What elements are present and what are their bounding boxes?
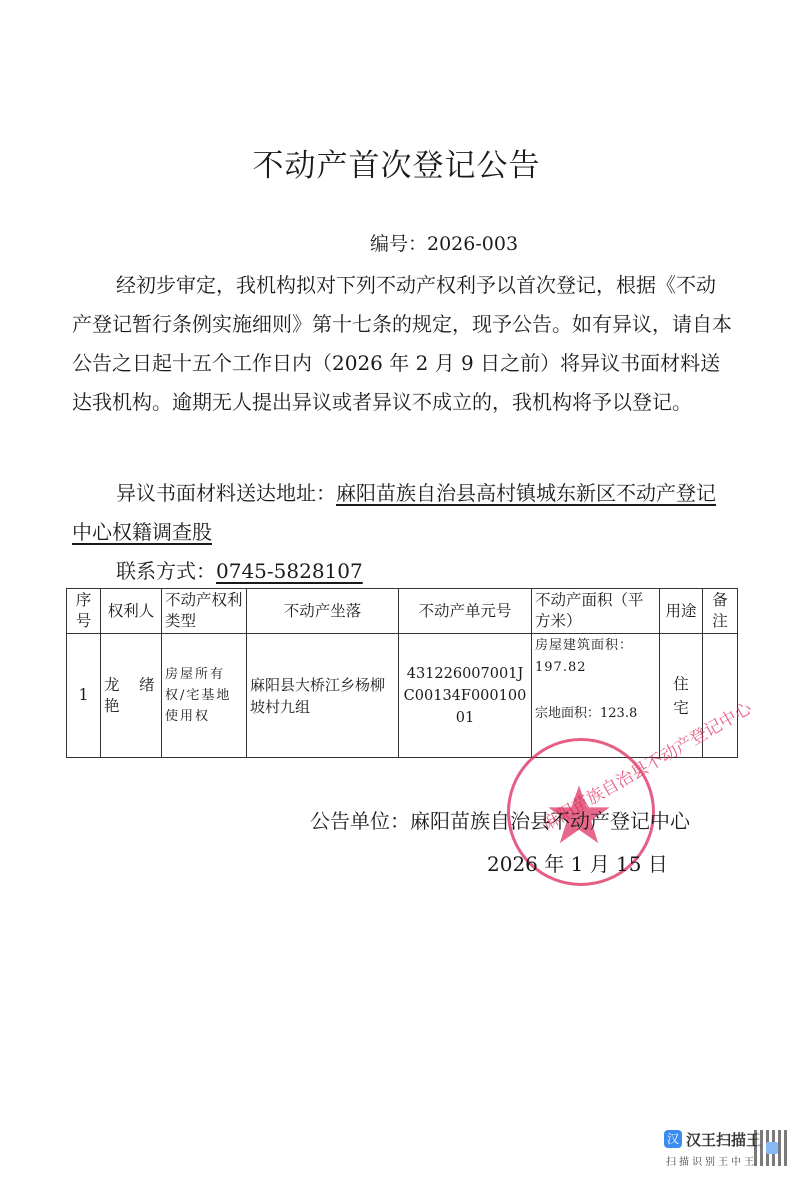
cell-seq: 1 [67, 634, 101, 758]
property-table: 序号 权利人 不动产权利类型 不动产坐落 不动产单元号 不动产面积（平方米） 用… [66, 588, 738, 758]
table-header-row: 序号 权利人 不动产权利类型 不动产坐落 不动产单元号 不动产面积（平方米） 用… [67, 589, 738, 634]
contact-value: 0745-5828107 [216, 559, 363, 583]
contact-paragraph: 联系方式：0745-5828107 [72, 552, 732, 591]
qr-code-icon [754, 1130, 790, 1166]
area-building: 房屋建筑面积：197.82 [535, 635, 656, 679]
header-holder: 权利人 [101, 589, 162, 634]
scanner-slogan: 扫描识别王中王 [666, 1153, 757, 1168]
document-number: 编号：2026-003 [370, 229, 518, 256]
header-seq: 序号 [67, 589, 101, 634]
header-location: 不动产坐落 [247, 589, 399, 634]
body-paragraph: 经初步审定，我机构拟对下列不动产权利予以首次登记，根据《不动产登记暂行条例实施细… [72, 266, 732, 422]
unit-no-value: 431226007001JC00134F00010001 [404, 666, 527, 726]
scanner-name: 汉王扫描王 [686, 1129, 761, 1150]
header-area: 不动产面积（平方米） [532, 589, 660, 634]
contact-label: 联系方式： [116, 559, 216, 583]
scanner-logo-icon: 汉 [664, 1130, 682, 1148]
address-label: 异议书面材料送达地址： [116, 481, 336, 505]
document-title: 不动产首次登记公告 [0, 140, 793, 185]
header-right-type: 不动产权利类型 [162, 589, 247, 634]
issuer: 公告单位：麻阳苗族自治县不动产登记中心 [310, 805, 690, 834]
address-paragraph: 异议书面材料送达地址：麻阳苗族自治县高村镇城东新区不动产登记中心权籍调查股 [72, 474, 732, 552]
issue-date: 2026 年 1 月 15 日 [487, 848, 668, 877]
header-unit-no: 不动产单元号 [399, 589, 532, 634]
cell-location: 麻阳县大桥江乡杨柳坡村九组 [247, 634, 399, 758]
area-land: 宗地面积：123.8 [535, 703, 656, 725]
cell-holder: 龙 绪艳 [101, 634, 162, 758]
table-row: 1 龙 绪艳 房屋所有权/宅基地使用权 麻阳县大桥江乡杨柳坡村九组 431226… [67, 634, 738, 758]
header-remark: 备注 [703, 589, 738, 634]
cell-right-type: 房屋所有权/宅基地使用权 [162, 634, 247, 758]
header-usage: 用途 [660, 589, 703, 634]
cell-unit-no: 431226007001JC00134F00010001 [399, 634, 532, 758]
